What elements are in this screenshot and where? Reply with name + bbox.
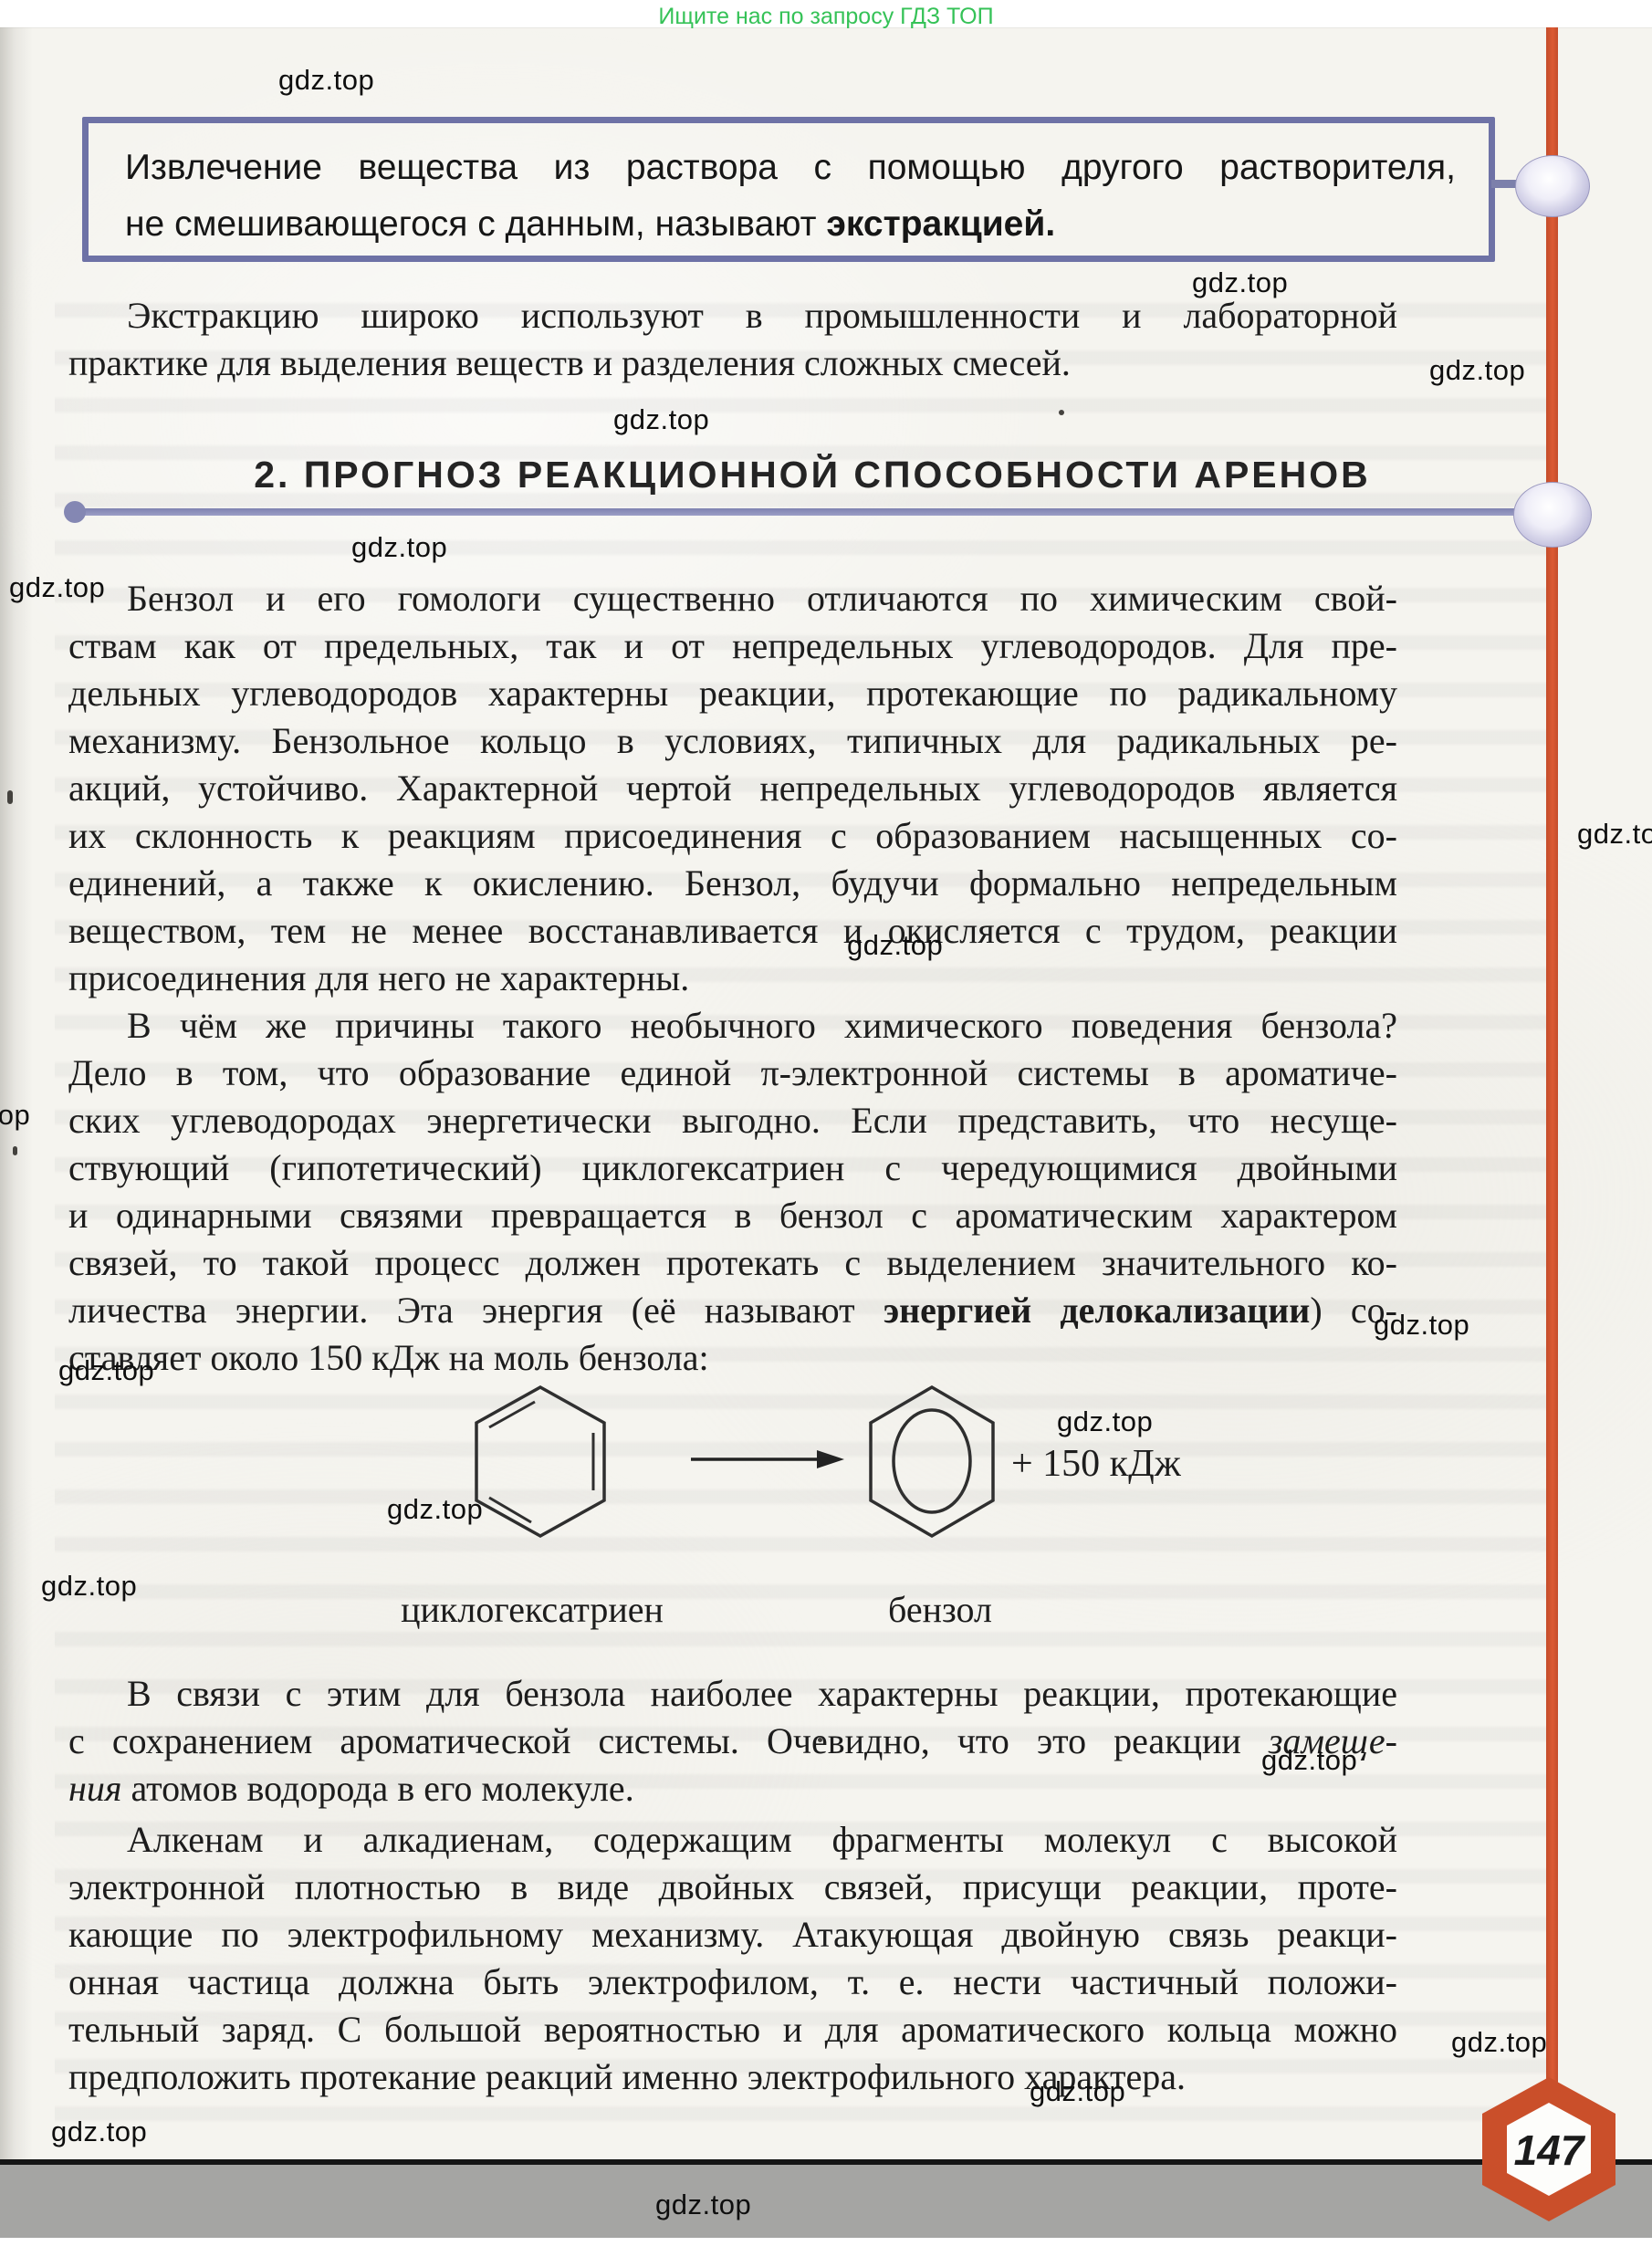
text-line: электронной плотностью в виде двойных св… [68, 1864, 1397, 1911]
text-line: онная частица должна быть электрофилом, … [68, 1959, 1397, 2006]
text-line: ских углеводородах энергетически выгодно… [68, 1097, 1397, 1144]
sphere-marker-top [1515, 155, 1590, 217]
text-line: механизму. Бензольное кольцо в условиях,… [68, 717, 1397, 765]
gdz-watermark: gdz.top [1577, 818, 1652, 851]
heading-rule [77, 508, 1552, 516]
scan-speck [13, 1146, 17, 1155]
energy-release-label: + 150 кДж [1011, 1442, 1181, 1486]
heading-rule-dot [64, 501, 86, 523]
paragraph-benzene-properties: Бензол и его гомологи существенно отлича… [68, 575, 1397, 1002]
gdz-watermark: gdz.top [655, 2189, 751, 2221]
text-line: Алкенам и алкадиенам, содержащим фрагмен… [68, 1816, 1397, 1864]
text-line: Дело в том, что образование единой π-эле… [68, 1050, 1397, 1097]
text-line: их склонность к реакциям присоединения с… [68, 812, 1397, 860]
text-line: В чём же причины такого необычного химич… [68, 1002, 1397, 1050]
text-line: личества энергии. Эта энергия (её называ… [68, 1287, 1397, 1334]
paragraph-extraction-use: Экстракцию широко используют в промышлен… [68, 292, 1397, 387]
scanner-gray-band [0, 2165, 1652, 2238]
gdz-watermark: gdz.top [847, 929, 943, 962]
gdz-watermark: gdz.top [41, 1570, 137, 1603]
text-line: веществом, тем не менее восстанавливаетс… [68, 907, 1397, 955]
cyclohexatriene-label: циклогексатриен [395, 1588, 669, 1631]
text-line: В связи с этим для бензола наиболее хара… [68, 1670, 1397, 1718]
section-heading: 2. ПРОГНОЗ РЕАКЦИОННОЙ СПОСОБНОСТИ АРЕНО… [68, 454, 1556, 496]
text-line: единений, а также к окислению. Бензол, б… [68, 860, 1397, 907]
gdz-watermark: gdz.top [58, 1354, 154, 1387]
promo-top-text: Ищите нас по запросу ГДЗ ТОП [0, 4, 1652, 30]
gdz-watermark: gdz.top [613, 403, 709, 436]
text-line: практике для выделения веществ и разделе… [68, 340, 1397, 387]
gdz-watermark: gdz.top [351, 531, 447, 564]
cyclohexatriene-structure-icon [475, 1385, 606, 1538]
reaction-arrow-icon [689, 1447, 846, 1471]
scan-speck [7, 790, 13, 804]
gdz-watermark: gdz.top [0, 1099, 30, 1132]
gdz-watermark: gdz.top [51, 2116, 147, 2148]
gdz-watermark: gdz.top [1451, 2026, 1547, 2059]
text-line: кающие по электрофильному механизму. Ата… [68, 1911, 1397, 1959]
text-line: предположить протекание реакций именно э… [68, 2053, 1397, 2101]
text-line: ставляет около 150 кДж на моль бензола: [68, 1334, 1397, 1382]
benzene-structure-icon [869, 1385, 995, 1538]
page-number-badge: 147 [1482, 2077, 1615, 2221]
scanned-textbook-page: { "promo": { "top_text": "Ищите нас по з… [0, 0, 1652, 2267]
right-accent-bar [1546, 27, 1558, 2083]
text-line: ния атомов водорода в его молекуле. [68, 1765, 1397, 1813]
gdz-watermark: gdz.top [1192, 266, 1288, 299]
text-line: дельных углеводородов характерны реакции… [68, 670, 1397, 717]
paragraph-electrophilic: Алкенам и алкадиенам, содержащим фрагмен… [68, 1816, 1397, 2101]
gdz-watermark: gdz.top [1374, 1309, 1469, 1342]
bottom-white-strip [0, 2238, 1652, 2267]
scan-speck [1059, 410, 1064, 415]
gdz-watermark: gdz.top [1030, 2075, 1125, 2108]
text-line: Извлечение вещества из раствора с помощь… [125, 140, 1456, 196]
gdz-watermark: gdz.top [278, 64, 374, 97]
text-line: ствующий (гипотетический) циклогексатрие… [68, 1144, 1397, 1192]
gdz-watermark: gdz.top [1057, 1405, 1153, 1438]
gdz-watermark: gdz.top [1429, 354, 1525, 387]
paragraph-delocalization: В чём же причины такого необычного химич… [68, 1002, 1397, 1382]
gdz-watermark: gdz.top [1261, 1744, 1357, 1777]
text-line: с сохранением ароматической системы. Оче… [68, 1718, 1397, 1765]
page-bottom-edge-line [0, 2159, 1652, 2165]
page-number: 147 [1514, 2126, 1586, 2174]
gdz-watermark: gdz.top [387, 1493, 483, 1526]
scan-left-edge-shadow [0, 27, 33, 2161]
gdz-watermark: gdz.top [9, 571, 105, 604]
text-line: связей, то такой процесс должен протекат… [68, 1239, 1397, 1287]
paragraph-substitution: В связи с этим для бензола наиболее хара… [68, 1670, 1397, 1813]
text-line: и одинарными связями превращается в бенз… [68, 1192, 1397, 1239]
text-line: ствам как от предельных, так и от непред… [68, 622, 1397, 670]
text-line: тельный заряд. С большой вероятностью и … [68, 2006, 1397, 2053]
sphere-marker-heading [1513, 482, 1592, 548]
text-line: акций, устойчиво. Характерной чертой неп… [68, 765, 1397, 812]
benzene-label: бензол [826, 1588, 1054, 1631]
text-line: присоединения для него не характерны. [68, 955, 1397, 1002]
definition-box: Извлечение вещества из раствора с помощь… [82, 117, 1495, 262]
text-line: не смешивающегося с данным, называют экс… [125, 196, 1456, 253]
text-line: Бензол и его гомологи существенно отлича… [68, 575, 1397, 622]
